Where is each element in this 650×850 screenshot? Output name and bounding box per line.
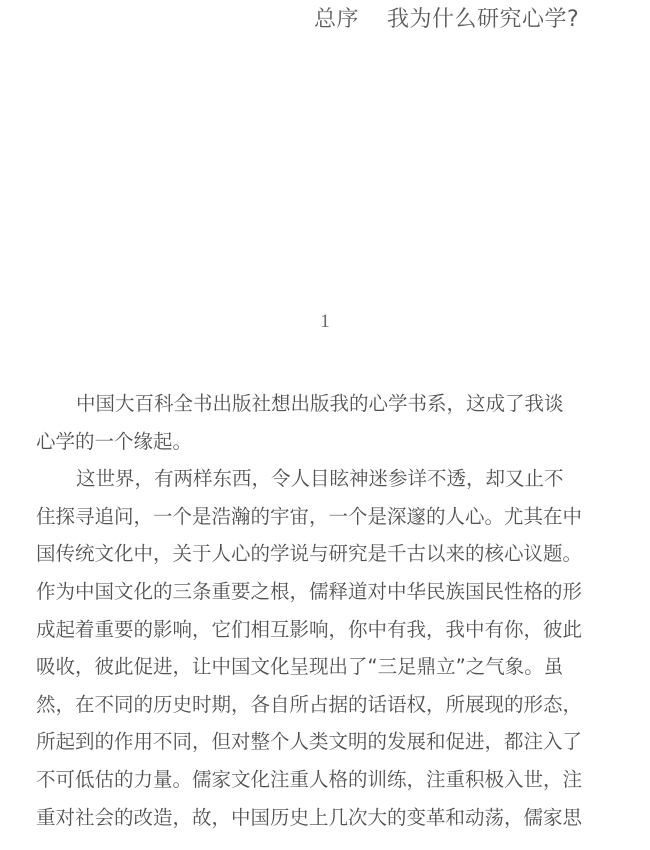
- header-part-label: 总序: [314, 7, 359, 32]
- text-line: 成起着重要的影响，它们相互影响，你中有我，我中有你，彼此: [36, 611, 616, 649]
- paragraph-2: 这世界，有两样东西，令人目眩神迷参详不透，却又止不 住探寻追问，一个是浩瀚的宇宙…: [36, 460, 616, 836]
- text-line: 重对社会的改造，故，中国历史上几次大的变革和动荡，儒家思: [36, 799, 616, 837]
- paragraph-1: 中国大百科全书出版社想出版我的心学书系，这成了我谈 心学的一个缘起。: [36, 385, 616, 460]
- text-line: 心学的一个缘起。: [36, 423, 616, 461]
- text-line: 然，在不同的历史时期，各自所占据的话语权，所展现的形态，: [36, 686, 616, 724]
- text-line: 这世界，有两样东西，令人目眩神迷参详不透，却又止不: [36, 460, 616, 498]
- text-line: 所起到的作用不同，但对整个人类文明的发展和促进，都注入了: [36, 723, 616, 761]
- section-number: 1: [0, 311, 650, 333]
- header-title: 我为什么研究心学?: [387, 7, 579, 32]
- text-line: 国传统文化中，关于人心的学说与研究是千古以来的核心议题。: [36, 535, 616, 573]
- text-line: 作为中国文化的三条重要之根，儒释道对中华民族国民性格的形: [36, 573, 616, 611]
- body-text: 中国大百科全书出版社想出版我的心学书系，这成了我谈 心学的一个缘起。 这世界，有…: [36, 385, 616, 836]
- running-header: 总序我为什么研究心学?: [314, 5, 579, 35]
- text-line: 中国大百科全书出版社想出版我的心学书系，这成了我谈: [36, 385, 616, 423]
- text-line: 吸收，彼此促进，让中国文化呈现出了“三足鼎立”之气象。虽: [36, 648, 616, 686]
- text-line: 住探寻追问，一个是浩瀚的宇宙，一个是深邃的人心。尤其在中: [36, 498, 616, 536]
- text-line: 不可低估的力量。儒家文化注重人格的训练，注重积极入世，注: [36, 761, 616, 799]
